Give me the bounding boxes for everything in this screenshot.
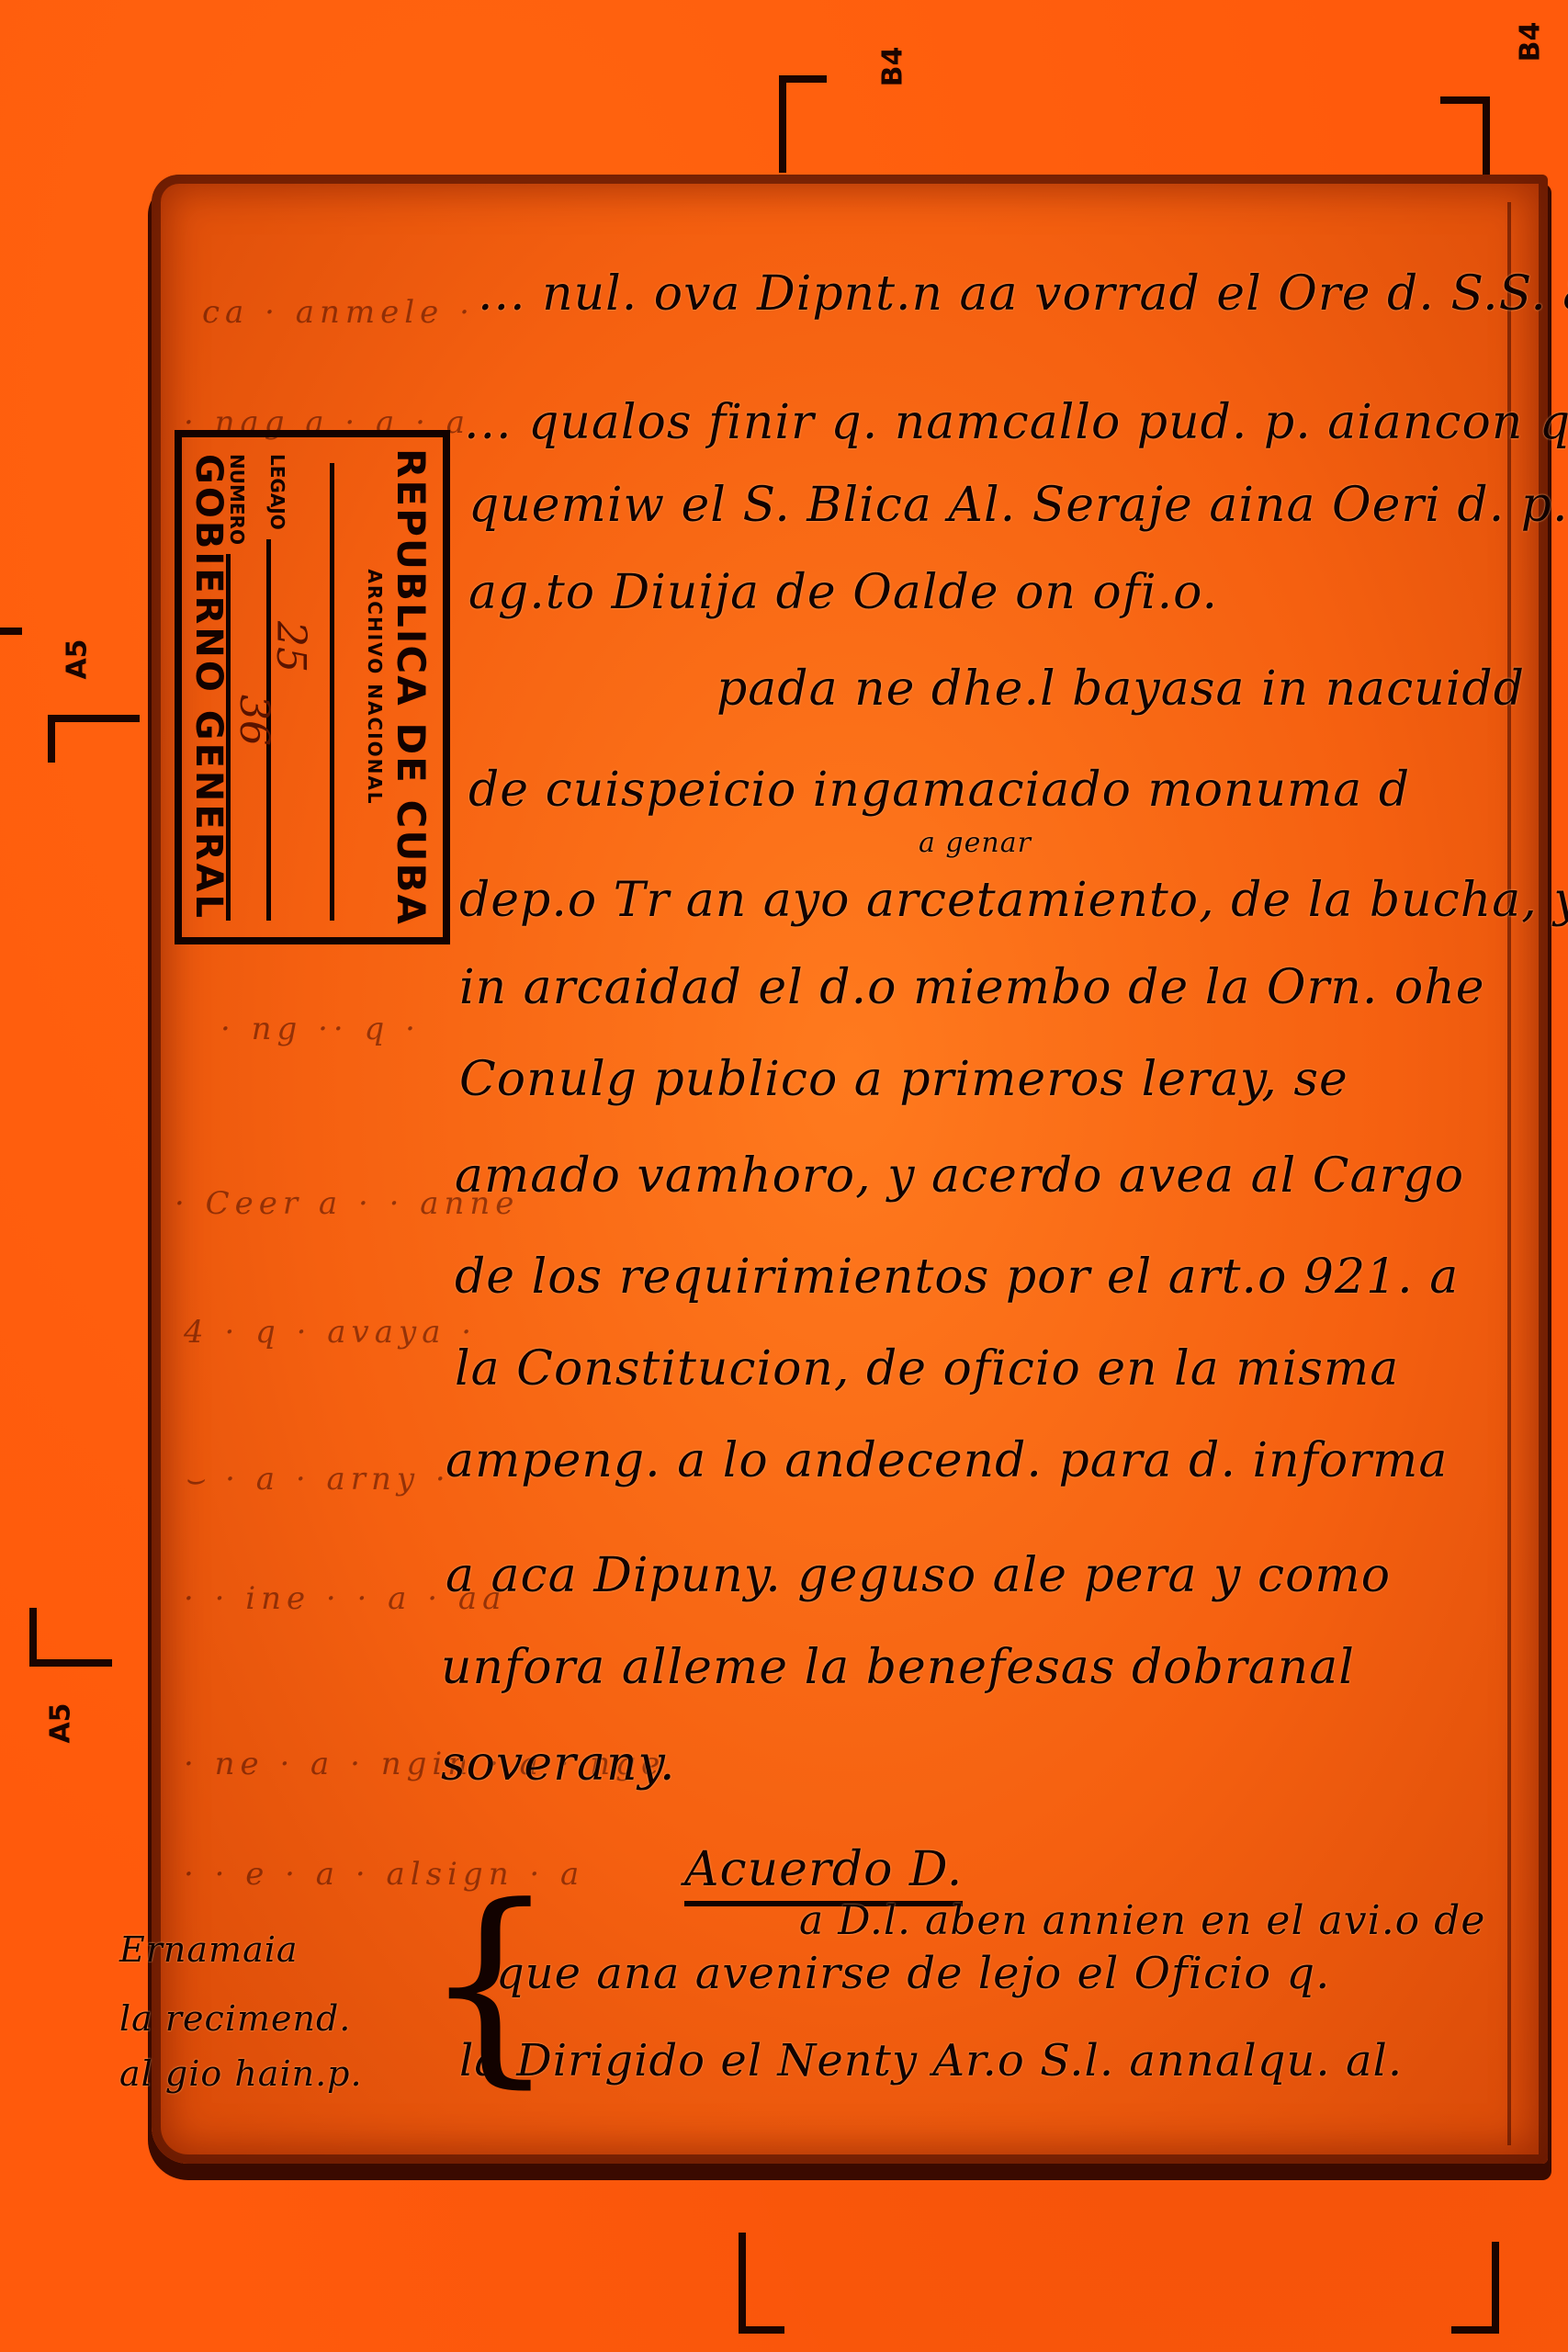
manuscript-line-10: amado vamhoro, y acerdo avea al Cargo bbox=[455, 1148, 1464, 1204]
manuscript-line-4: ag.to Diuija de Oalde on ofi.o. bbox=[468, 565, 1218, 620]
bleed-through-text: ⌣ · a · arny · bbox=[184, 1461, 451, 1498]
stamp-numero-value: 36 bbox=[231, 695, 277, 746]
stamp-subtitle: ARCHIVO NACIONAL bbox=[364, 437, 386, 937]
stamp-blank-row bbox=[330, 454, 334, 921]
manuscript-footer-line-3: la Dirigido el Nenty Ar.o S.l. annalqu. … bbox=[459, 2035, 1403, 2086]
manuscript-line-3: quemiw el S. Blica Al. Seraje aina Oeri … bbox=[468, 478, 1568, 533]
stamp-legajo-label: LEGAJO bbox=[266, 454, 288, 530]
manuscript-line-5: pada ne dhe.l bayasa in nacuidd bbox=[716, 661, 1525, 717]
manuscript-line-9: Conulg publico a primeros leray, se bbox=[459, 1052, 1348, 1107]
margin-brace: { bbox=[423, 1879, 557, 2090]
manuscript-line-14: a aca Dipuny. geguso ale pera y como bbox=[446, 1548, 1391, 1603]
margin-note-line-1: Ernamaia bbox=[119, 1929, 299, 1970]
stamp-title: REPUBLICA DE CUBA bbox=[389, 437, 434, 937]
manuscript-line-15: unfora alleme la benefesas dobranal bbox=[441, 1640, 1355, 1695]
manuscript-line-13: ampeng. a lo andecend. para d. informa bbox=[446, 1433, 1448, 1488]
manuscript-line-6: de cuispeicio ingamaciado monuma d bbox=[468, 763, 1410, 818]
bleed-through-text: · ng ·· q · bbox=[220, 1011, 421, 1047]
bleed-through-text: 4 · q · avaya · bbox=[184, 1314, 477, 1351]
manuscript-line-11: de los requirimientos por el art.o 921. … bbox=[455, 1249, 1459, 1305]
stamp-legajo-row: LEGAJO bbox=[266, 454, 288, 921]
margin-note-line-2: la recimend. bbox=[119, 1998, 351, 2039]
manuscript-line-7: dep.o Tr an ayo arcetamiento, de la buch… bbox=[459, 873, 1568, 928]
manuscript-line-2: ... qualos finir q. namcallo pud. p. aia… bbox=[464, 395, 1568, 450]
bleed-through-text: ca · anmele · bbox=[202, 294, 475, 331]
crop-label-a5-upper: A5 bbox=[62, 639, 94, 679]
crop-label-a5-lower: A5 bbox=[45, 1702, 77, 1743]
manuscript-superscript: a genar bbox=[919, 827, 1032, 859]
crop-label-b4-left: B4 bbox=[876, 47, 908, 87]
manuscript-line-8: in arcaidad el d.o miembo de la Orn. ohe bbox=[459, 960, 1484, 1015]
manuscript-line-12: la Constitucion, de oficio en la misma bbox=[455, 1341, 1399, 1396]
manuscript-footer-line-1: a D.l. aben annien en el avi.o de bbox=[799, 1897, 1485, 1944]
crop-label-b4-right: B4 bbox=[1514, 22, 1546, 62]
stamp-legajo-value: 25 bbox=[267, 621, 314, 673]
manuscript-line-16: soverany. bbox=[441, 1736, 676, 1792]
archive-stamp: REPUBLICA DE CUBA ARCHIVO NACIONAL LEGAJ… bbox=[175, 430, 450, 944]
manuscript-line-1: ... nul. ova Dipnt.n aa vorrad el Ore d.… bbox=[478, 266, 1568, 322]
stamp-footer: GOBIERNO GENERAL bbox=[187, 437, 230, 937]
margin-note-line-3: al gio hain.p. bbox=[119, 2053, 363, 2094]
manuscript-footer-line-2: que ana avenirse de lejo el Oficio q. bbox=[496, 1948, 1330, 1999]
